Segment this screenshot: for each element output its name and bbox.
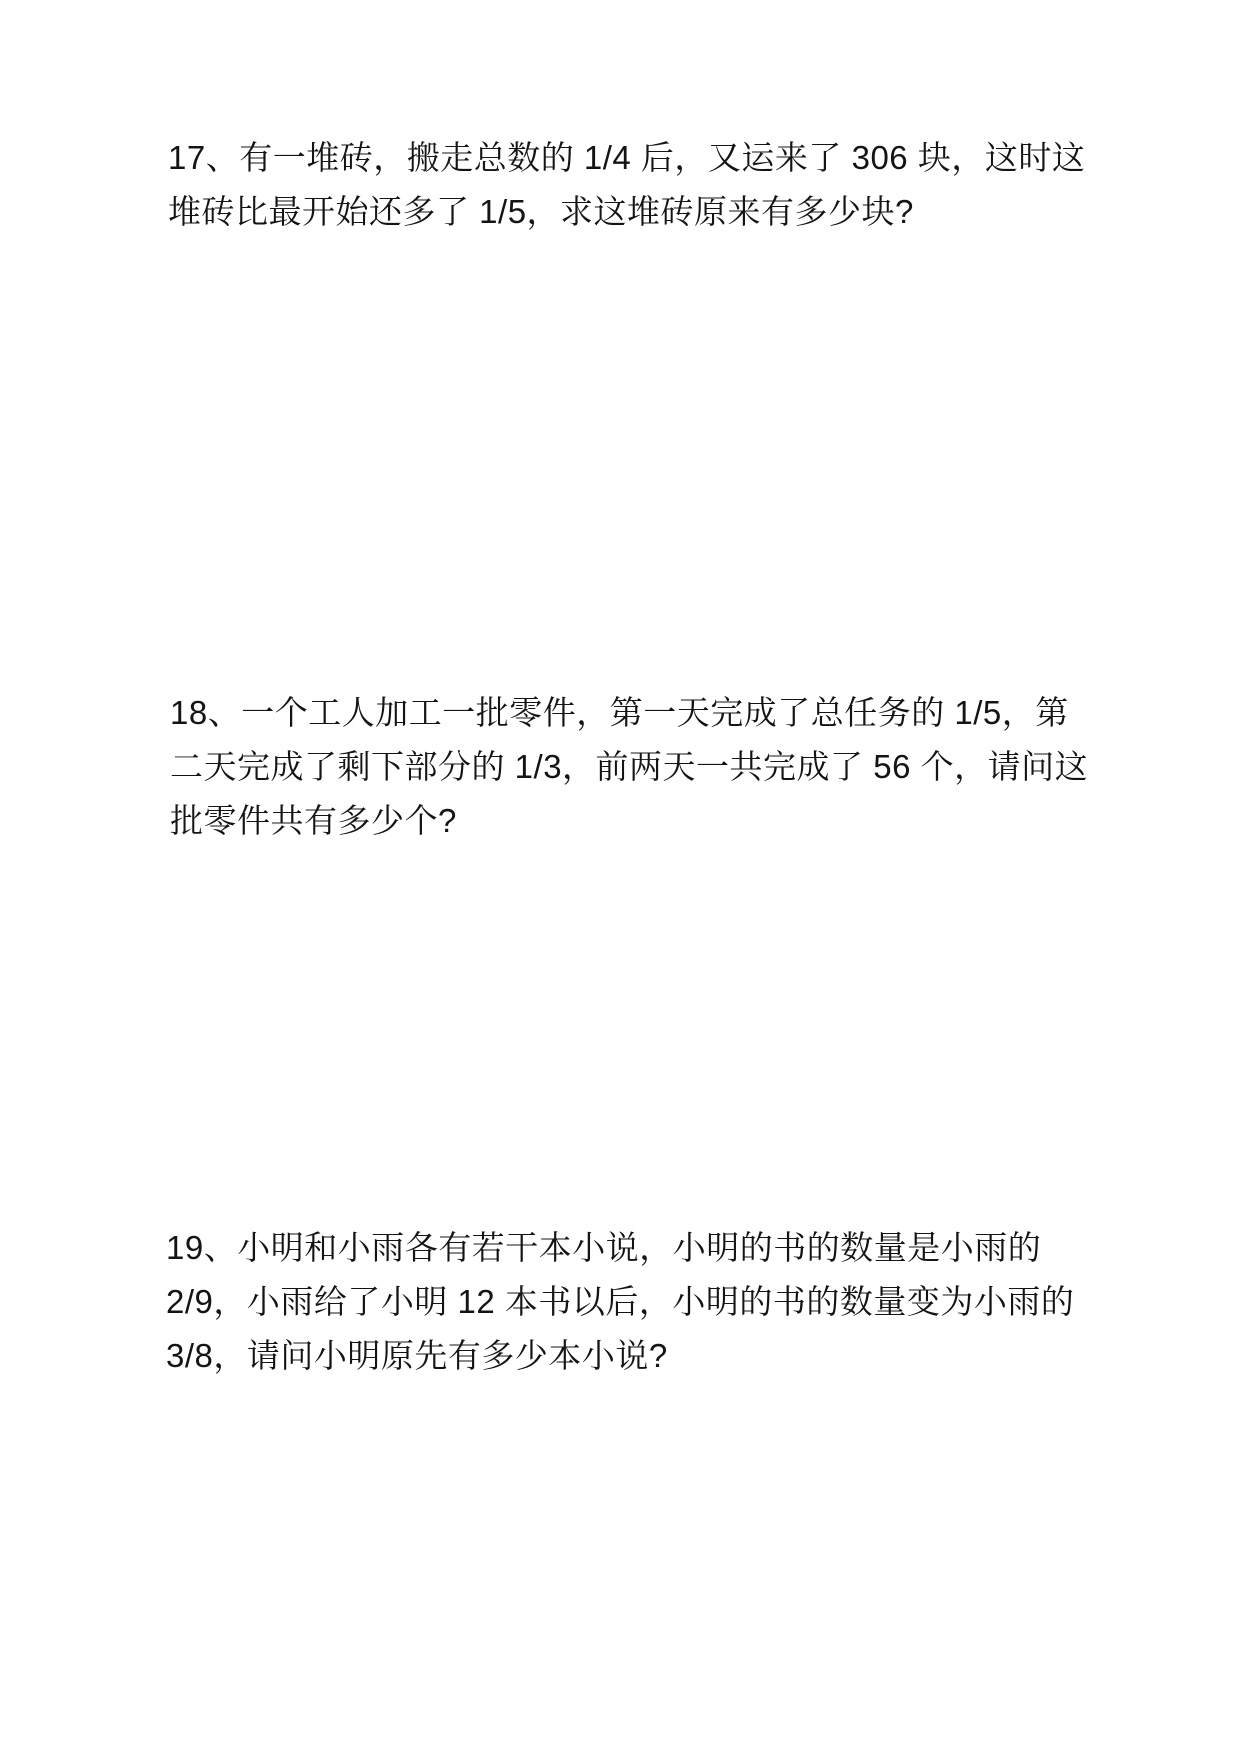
problem-18-line-1: 18、一个工人加工一批零件，第一天完成了总任务的 1/5，第	[170, 686, 1088, 740]
problem-19-line-3: 3/8，请问小明原先有多少本小说?	[166, 1329, 1074, 1383]
problem-17-line-2: 堆砖比最开始还多了 1/5，求这堆砖原来有多少块?	[168, 185, 1085, 239]
problem-19-line-1: 19、小明和小雨各有若干本小说，小明的书的数量是小雨的	[166, 1221, 1074, 1275]
problem-18: 18、一个工人加工一批零件，第一天完成了总任务的 1/5，第 二天完成了剩下部分…	[170, 686, 1088, 848]
problem-17-line-1: 17、有一堆砖，搬走总数的 1/4 后，又运来了 306 块，这时这	[168, 131, 1085, 185]
problem-19: 19、小明和小雨各有若干本小说，小明的书的数量是小雨的 2/9，小雨给了小明 1…	[166, 1221, 1074, 1383]
problem-18-line-2: 二天完成了剩下部分的 1/3，前两天一共完成了 56 个，请问这	[170, 740, 1088, 794]
problem-18-line-3: 批零件共有多少个?	[170, 794, 1088, 848]
problem-19-line-2: 2/9，小雨给了小明 12 本书以后，小明的书的数量变为小雨的	[166, 1275, 1074, 1329]
problem-17: 17、有一堆砖，搬走总数的 1/4 后，又运来了 306 块，这时这 堆砖比最开…	[168, 131, 1085, 239]
worksheet-page: 17、有一堆砖，搬走总数的 1/4 后，又运来了 306 块，这时这 堆砖比最开…	[0, 0, 1240, 1754]
